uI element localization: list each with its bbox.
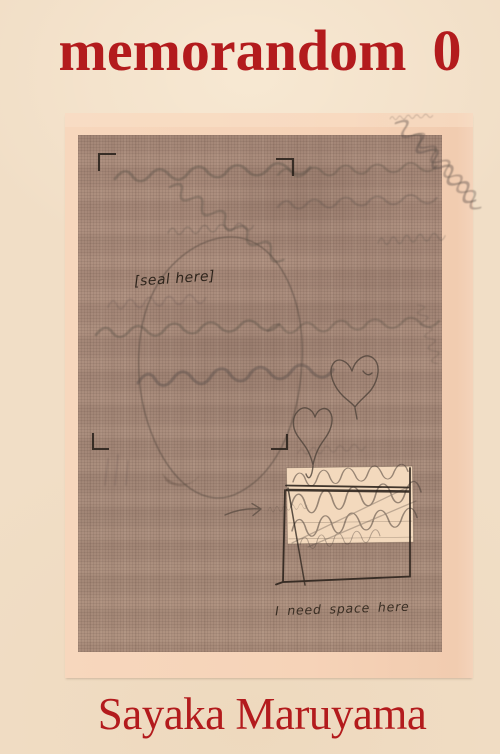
collage-rectangle: [276, 464, 421, 585]
arrow-sketch: [225, 504, 307, 516]
heart-sketch-small: [293, 408, 332, 478]
space-note: I need space here: [275, 599, 410, 619]
heart-sketch-large: [331, 356, 378, 419]
crop-mark-bottom-left: [93, 433, 109, 449]
heart-sketches: [293, 356, 378, 478]
book-cover: memorandom0: [0, 0, 500, 754]
crop-mark-top-right: [276, 159, 293, 176]
seal-note: [seal here]: [134, 268, 216, 290]
ink-rectangle: [276, 468, 410, 585]
paper-patch: [286, 466, 413, 544]
patch-scribbles: [291, 464, 421, 548]
book-title-text: memorandom: [59, 18, 407, 83]
cover-photograph: [seal here] I need space here: [65, 113, 473, 678]
crop-marks: [93, 154, 293, 449]
crop-mark-top-left: [99, 154, 116, 171]
crop-mark-bottom-right: [271, 434, 287, 449]
book-author: Sayaka Maruyama: [12, 692, 500, 737]
pencil-sketches: [78, 135, 442, 652]
book-title: memorandom0: [10, 22, 500, 80]
memo-paper: [seal here] I need space here: [78, 135, 442, 652]
ghost-scribbles: [96, 111, 484, 486]
volume-number: 0: [432, 18, 461, 83]
